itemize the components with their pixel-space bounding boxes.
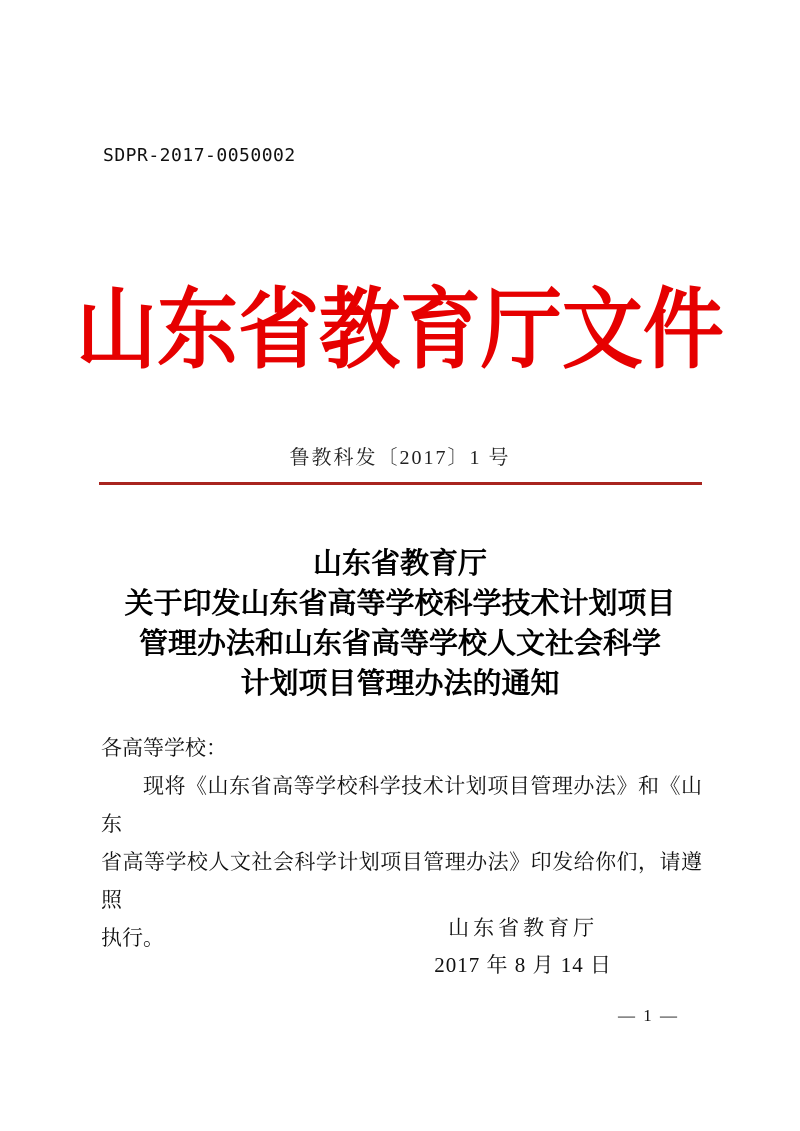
notice-title-line-2: 关于印发山东省高等学校科学技术计划项目 (0, 584, 800, 624)
document-issue-number: 鲁教科发〔2017〕1 号 (0, 441, 800, 470)
body-paragraph-line-1: 现将《山东省高等学校科学技术计划项目管理办法》和《山东 (101, 767, 702, 843)
body-paragraph-line-2: 省高等学校人文社会科学计划项目管理办法》印发给你们，请遵照 (101, 843, 702, 919)
page-number: — 1 — (618, 1006, 679, 1026)
signature-date: 2017 年 8 月 14 日 (434, 947, 612, 984)
notice-title-line-3: 管理办法和山东省高等学校人文社会科学 (0, 624, 800, 664)
signature-block: 山东省教育厅 2017 年 8 月 14 日 (434, 910, 612, 984)
red-divider-rule (99, 482, 702, 485)
notice-title-line-4: 计划项目管理办法的通知 (0, 664, 800, 704)
notice-title-line-1: 山东省教育厅 (0, 544, 800, 584)
document-registration-code: SDPR-2017-0050002 (103, 145, 296, 166)
notice-title: 山东省教育厅 关于印发山东省高等学校科学技术计划项目 管理办法和山东省高等学校人… (0, 544, 800, 704)
signature-issuer: 山东省教育厅 (434, 910, 612, 947)
salutation: 各高等学校： (101, 729, 702, 767)
red-header-banner-title: 山东省教育厅文件 (32, 278, 768, 385)
document-page: SDPR-2017-0050002 山东省教育厅文件 鲁教科发〔2017〕1 号… (0, 0, 800, 1131)
